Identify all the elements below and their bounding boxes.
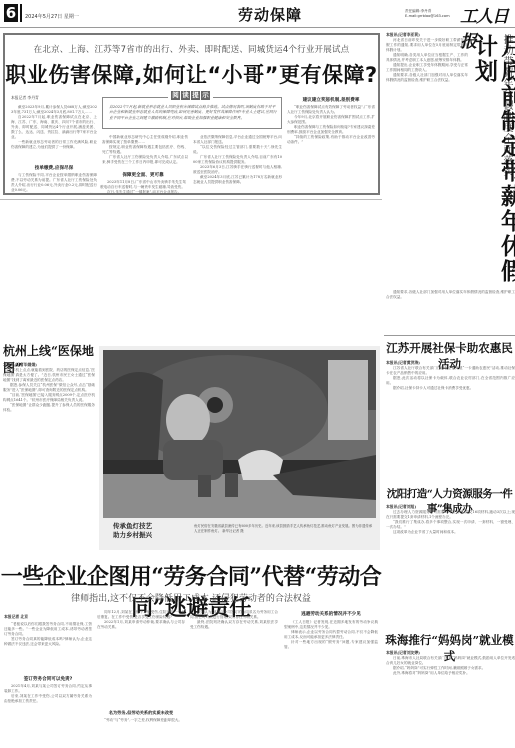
paragraph: 2021年4月,刘某与某公司签订劳务合同,约定从事装卸工作。 (4, 684, 92, 694)
reading-tip-text: 自2022年7月起,新就业形态就业人员职业伤害保障试点稳步推进。试点情况表明,该… (109, 104, 277, 120)
paragraph: “手机上点点,就能看到医院、药店的医保定点信息,‘医保地图’真是太方便了。”近日… (3, 368, 95, 383)
paragraph: 法院认为,刘某与公司签订的合同虽名为劳务用工合同,但公司对其进行管理,双方存在劳… (190, 610, 278, 620)
paragraph: 次日,朱先生通过“一键报案”,向平台企业报告。 (100, 190, 186, 194)
paragraph: 自2022年7月起,职业伤害保障试点在北京、上海、江苏、广东、海南、重庆、四川7… (11, 115, 97, 140)
labor-byline: 本报记者 北京 (4, 614, 28, 620)
page-number: 6 (4, 4, 18, 22)
paragraph: 截至2024年3月底,江苏已累计为178万名新就业形态就业人员提供职业伤害保障。 (193, 175, 282, 185)
photo-caption-title: 传承鱼灯技艺 助力乡村振兴 (113, 522, 152, 540)
paragraph: 今年9月,北京将开展职业伤害保障扩围试点工作,扩大参保范围。 (287, 115, 375, 125)
lead-headline: 河北:用人单位须在五月底前制定带薪年休假计划 (471, 34, 515, 284)
caption-title-line: 传承鱼灯技艺 (113, 522, 152, 531)
labor-column-4: 《工人日报》记者发现,在近期多地发布的劳动争议典型案例中,这类情况并不少见。 律… (284, 620, 378, 746)
paragraph: 江苏省人社厅联合有关部门日前在全省开展“一卡通助农惠民”活动,推动社保卡在农产品… (386, 366, 515, 376)
feature-subhead-1: 按单缴费,应保尽保 (11, 165, 97, 171)
feature-article: 在北京、上海、江苏等7省市的出行、外卖、即时配送、同城货运4个行业开展试点 职业… (3, 33, 380, 195)
labor-column-1: “老板说以后你们跟我签劳务合同,不用缴社保,工资还能多一些。”一些企业为降低用工… (4, 622, 92, 672)
paragraph: 2023年6月3日,江苏骑手在骑行送餐时与他人相撞,被送至医院治疗。 (193, 165, 282, 175)
paragraph: 这项改革为企业节省了大量时间和成本。 (386, 530, 515, 535)
labor-column-1b: 2021年4月,刘某与某公司签订劳务合同,约定从事装卸工作。 后来,刘某在工作中… (4, 684, 92, 746)
masthead: 6 2024年5月27日 星期一 劳动保障 责任编辑:李丹青 E-mail:gr… (0, 0, 515, 28)
paragraph: “我们推行了集成办,将多个事项整合,实现一次申请、一套材料、一窗受理、一次办结。… (386, 520, 515, 530)
tip-char: 读 (181, 91, 190, 100)
paragraph: 签订劳务合同真的能降低成本吗?律师认为,企业这种做法不仅违法,还会带来更大风险。 (4, 637, 92, 647)
labor-subheadline: 律师指出,这不仅不会降低用工成本,还侵犯劳动者的合法权益 (0, 591, 382, 604)
paragraph: 据悉,参保人员关注“杭州医保”微信公众号,点击“基础服务”进入“医保地图”,即可… (3, 383, 95, 393)
paragraph: 通知提出,企业职工享受年休假期间,享受与正常工作期间相同的工资收入。 (386, 63, 468, 73)
tip-char: 提 (191, 91, 200, 100)
story4-text: 日前,珠海市人社局联合有关部门发布“妈妈岗”就业模式,鼓励用人单位开发适合育儿妇… (386, 656, 515, 748)
paragraph: 日前,珠海市人社局联合有关部门发布“妈妈岗”就业模式,鼓励用人单位开发适合育儿妇… (386, 656, 515, 666)
paragraph: 最终,法院判决确认双方存在劳动关系,刘某依法享受工伤待遇。 (190, 620, 278, 630)
paragraph: 通知要求,各级人社部门加强对用人单位落实年休假情况的监督检查,维护职工合法权益。 (386, 73, 468, 83)
feature-subhead-4: 建议建立奖惩机制,差别费率 (287, 97, 375, 103)
right-column: 本报讯(记者李亚莉) 河北省日前印发关于进一步做好职工带薪年休假工作的通知,要求… (384, 30, 515, 748)
feature-column-2b: 2023年11月8日,广东省中山市外卖骑手朱先生驾驶电动自行车送餐时,与一辆货车… (100, 180, 186, 194)
page-number-bar (20, 4, 22, 22)
feature-byline: 本报记者 李丹青 (11, 95, 39, 101)
paragraph: 据悉,此次活动将以社保卡为载体,联合农业农村部门,在全省范围内推广应用。 (386, 376, 515, 386)
labor-subhead-2: 名为劳务,但劳动关系的实质未改变 (97, 710, 185, 716)
reading-tip-box: 阅 读 提 示 自2022年7月起,新就业形态就业人员职业伤害保障试点稳步推进。… (102, 97, 282, 129)
labor-column-2b: “劳动”与“劳务”,一字之差,权利保障差距却很大。 (97, 718, 185, 746)
tip-char: 阅 (171, 91, 180, 100)
editor-info: 责任编辑:李丹青 E-mail:grrblao@163.com (405, 9, 450, 18)
lead-story-text-continued: 通知要求,各级人社部门加强对用人单位落实年休假情况的监督检查,维护职工合法权益。 (386, 290, 515, 332)
paragraph: 中国新就业形态研究中心主任张成刚介绍,职业伤害保障实现了按单缴费…… (102, 135, 188, 145)
paragraph: 广东省人社厅工伤保险处负责人介绍,目前广东有1000家工伤保险协议机构提供服务。 (193, 155, 282, 165)
hangzhou-text: “手机上点点,就能看到医院、药店的医保定点信息,‘医保地图’真是太方便了。”近日… (3, 368, 95, 550)
paragraph: 职业伤害保障与工伤保险如何衔接?专家建议探索差别费率,鼓励平台企业加强安全教育。 (287, 125, 375, 135)
feature-subhead-2: 保障更全面、更可靠 (100, 172, 186, 178)
feature-column-1b: 与工伤保险不同,平台企业按单缴纳职业伤害保障费,不以劳动关系为前提。广东省人社厅… (11, 173, 97, 193)
paragraph: 据介绍,社保卡持卡人可通过社保卡消费享受优惠。 (386, 386, 515, 391)
lead-headline-block: 推动带薪年休假制度全面落实 河北:用人单位须在五月底前制定带薪年休假计划 (469, 34, 515, 284)
paragraph: 通知要求,各级人社部门加强对用人单位落实年休假情况的监督检查,维护职工合法权益。 (386, 290, 515, 300)
paragraph: “以往交伤保险经过主管部门,需要数十天”,徐先生说。 (193, 145, 282, 155)
paragraph: 通知明确,各类用人单位应当根据生产、工作的具体情况,并考虑职工本人意愿,统筹安排… (386, 53, 468, 63)
reading-tip-label: 阅 读 提 示 (168, 91, 213, 100)
fish-lantern-photo (103, 350, 376, 518)
paragraph: 截至2023年9月,累计参保人员668万人;截至2023年底,731万人;截至2… (11, 105, 97, 115)
paragraph: “医保地图”让群众少跑腿,提升了参保人员的医保服务体验。 (3, 403, 95, 413)
paragraph: 后来,刘某在工作中受伤,公司以双方属劳务关系为由拒绝承担工伤责任。 (4, 694, 92, 704)
lead-story-text: 河北省日前印发关于进一步做好职工带薪年休假工作的通知,要求用人单位在5月底前制定… (386, 38, 468, 288)
paragraph: 河北省日前印发关于进一步做好职工带薪年休假工作的通知,要求用人单位在5月底前制定… (386, 38, 468, 53)
section-divider (0, 199, 382, 200)
paragraph: 与工伤保险不同,平台企业按单缴纳职业伤害保障费,不以劳动关系为前提。广东省人社厅… (11, 173, 97, 193)
section-title: 劳动保障 (200, 4, 340, 25)
paragraph: 业依法缴纳保障信息,平台企业通过全国统筹平台,向本省人社部门报送。 (193, 135, 282, 145)
photo-illustration (103, 350, 376, 518)
paragraph: “职业伤害保障试点有效保障了劳动者权益”,广东省人社厅工伤保险处负责人认为。 (287, 105, 375, 115)
feature-kicker: 在北京、上海、江苏等7省市的出行、外卖、即时配送、同城货运4个行业开展试点 (5, 43, 378, 55)
paragraph: “目前,‘医保地图’已接入服务网点2009个,定点医疗机构网点1641个。”杭州… (3, 393, 95, 403)
paragraph: 广东省人社厅工伤保险处负责人介绍,广东试点以来,骑手受伤在三个工作日内申报,即可… (102, 155, 188, 165)
issue-date: 2024年5月27日 星期一 (25, 13, 79, 20)
story3-text: 过去办理人力资源服务许可需要20个工作日,提交16项材料,跑动3次以上;现在只需… (386, 510, 515, 628)
paragraph: “老板说以后你们跟我签劳务合同,不用缴社保,工资还能多一些。”一些企业为降低用工… (4, 622, 92, 637)
paragraph: 按规定,职业伤害保障待遇主要包括医疗、伤残、死亡等待遇。 (102, 145, 188, 155)
feature-column-4: “职业伤害保障试点有效保障了劳动者权益”,广东省人社厅工伤保险处负责人认为。 今… (287, 105, 375, 193)
paragraph: “持续的工伤保险政策,有助于推动平台企业改善劳动条件。” (287, 135, 375, 145)
labor-column-2: 同年12月,刘某在工作中不慎受伤,住院治疗一个月后康复。在工作中受伤,是否享受工… (97, 610, 185, 708)
editor-email: E-mail:grrblao@163.com (405, 14, 450, 19)
tip-char: 示 (201, 91, 210, 100)
feature-column-3: 业依法缴纳保障信息,平台企业通过全国统筹平台,向本省人社部门报送。 “以往交伤保… (193, 135, 282, 193)
paragraph: 一些新就业形态劳动者的日常工作充满风险,职业伤害保障的建立,为他们提供了一份保障… (11, 140, 97, 150)
paragraph: 2023年11月8日,广东省中山市外卖骑手朱先生驾驶电动自行车送餐时,与一辆货车… (100, 180, 186, 190)
paragraph: 此外,珠海将对“妈妈岗”用人单位给予相应奖补。 (386, 671, 515, 676)
paragraph: 2022年1月,刘某申请劳动仲裁,要求确认与公司存在劳动关系。 (97, 620, 185, 630)
labor-column-3: 法院认为,刘某与公司签订的合同虽名为劳务用工合同,但公司对其进行管理,双方存在劳… (190, 610, 278, 746)
paragraph: 律师表示,企业以劳务合同代替劳动合同,不仅不会降低用工成本,反而可能承担更多法律… (284, 630, 378, 640)
paragraph: 过去办理人力资源服务许可需要20个工作日,提交16项材料,跑动3次以上;现在只需… (386, 510, 515, 520)
feature-headline: 职业伤害保障,如何让“小哥”更有保障? (5, 59, 378, 89)
paragraph: 针对一些地方出现的“假劳务”问题,专家建议加强监管。 (284, 640, 378, 650)
photo-block: 传承鱼灯技艺 助力乡村振兴 鱼灯民俗在安徽省歙县流传已有600多年历史。近年来,… (99, 346, 380, 550)
labor-subhead-4: 逃避劳动关系的情况并不少见 (284, 611, 378, 617)
paragraph: “劳动”与“劳务”,一字之差,权利保障差距却很大。 (97, 718, 185, 723)
paragraph: 同年12月,刘某在工作中不慎受伤,住院治疗一个月后康复。在工作中受伤,是否享受工… (97, 610, 185, 620)
labor-subhead-1: 签订劳务合同可以免责? (4, 676, 92, 682)
photo-caption-text: 鱼灯民俗在安徽省歙县流传已有600多年历史。近年来,该县鼓励手艺人传承鱼灯技艺,… (194, 524, 374, 533)
feature-column-1: 截至2023年9月,累计参保人员668万人;截至2023年底,731万人;截至2… (11, 105, 97, 163)
divider (384, 335, 515, 336)
story2-text: 江苏省人社厅联合有关部门日前在全省开展“一卡通助农惠民”活动,推动社保卡在农产品… (386, 366, 515, 474)
caption-title-line: 助力乡村振兴 (113, 531, 152, 540)
paragraph: 《工人日报》记者发现,在近期多地发布的劳动争议典型案例中,这类情况并不少见。 (284, 620, 378, 630)
